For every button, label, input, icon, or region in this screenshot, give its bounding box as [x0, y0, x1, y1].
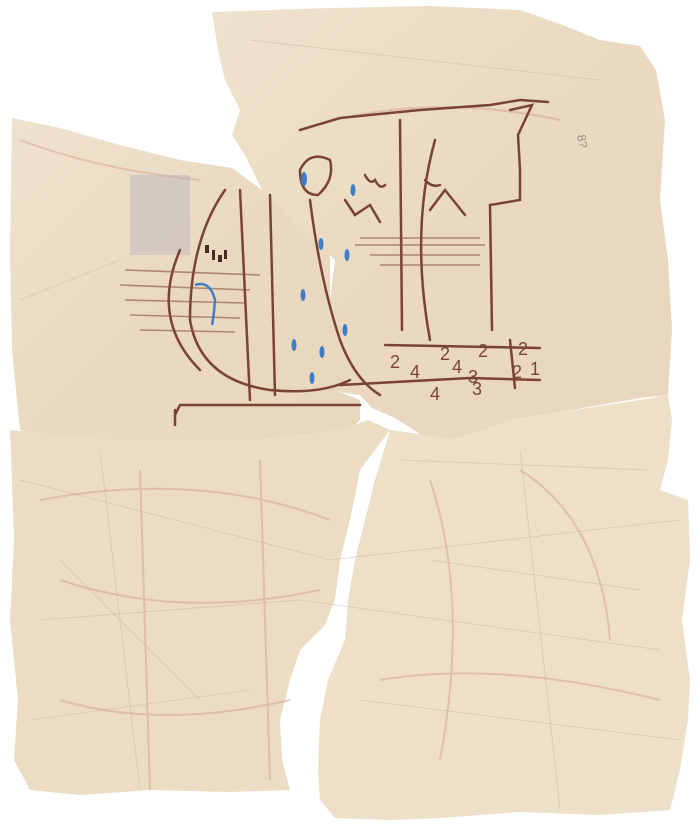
numeral: 2: [512, 362, 522, 382]
numeral: 2: [478, 341, 488, 361]
numeral: 2: [390, 352, 400, 372]
numeral: 4: [430, 384, 440, 404]
numeral: 4: [452, 357, 462, 377]
artwork-image: 2 2 4 3 2 4 3 4 2 2 1 8?: [0, 0, 700, 830]
numeral: 3: [472, 379, 482, 399]
numeral: 1: [530, 359, 540, 379]
numeral: 2: [518, 339, 528, 359]
paper-sheet: [10, 6, 690, 820]
pencil-annotation: 8?: [574, 134, 590, 150]
drawing-canvas: 2 2 4 3 2 4 3 4 2 2 1 8?: [0, 0, 700, 830]
numeral: 2: [440, 344, 450, 364]
numeral: 4: [410, 362, 420, 382]
blue-wash: [130, 175, 190, 255]
